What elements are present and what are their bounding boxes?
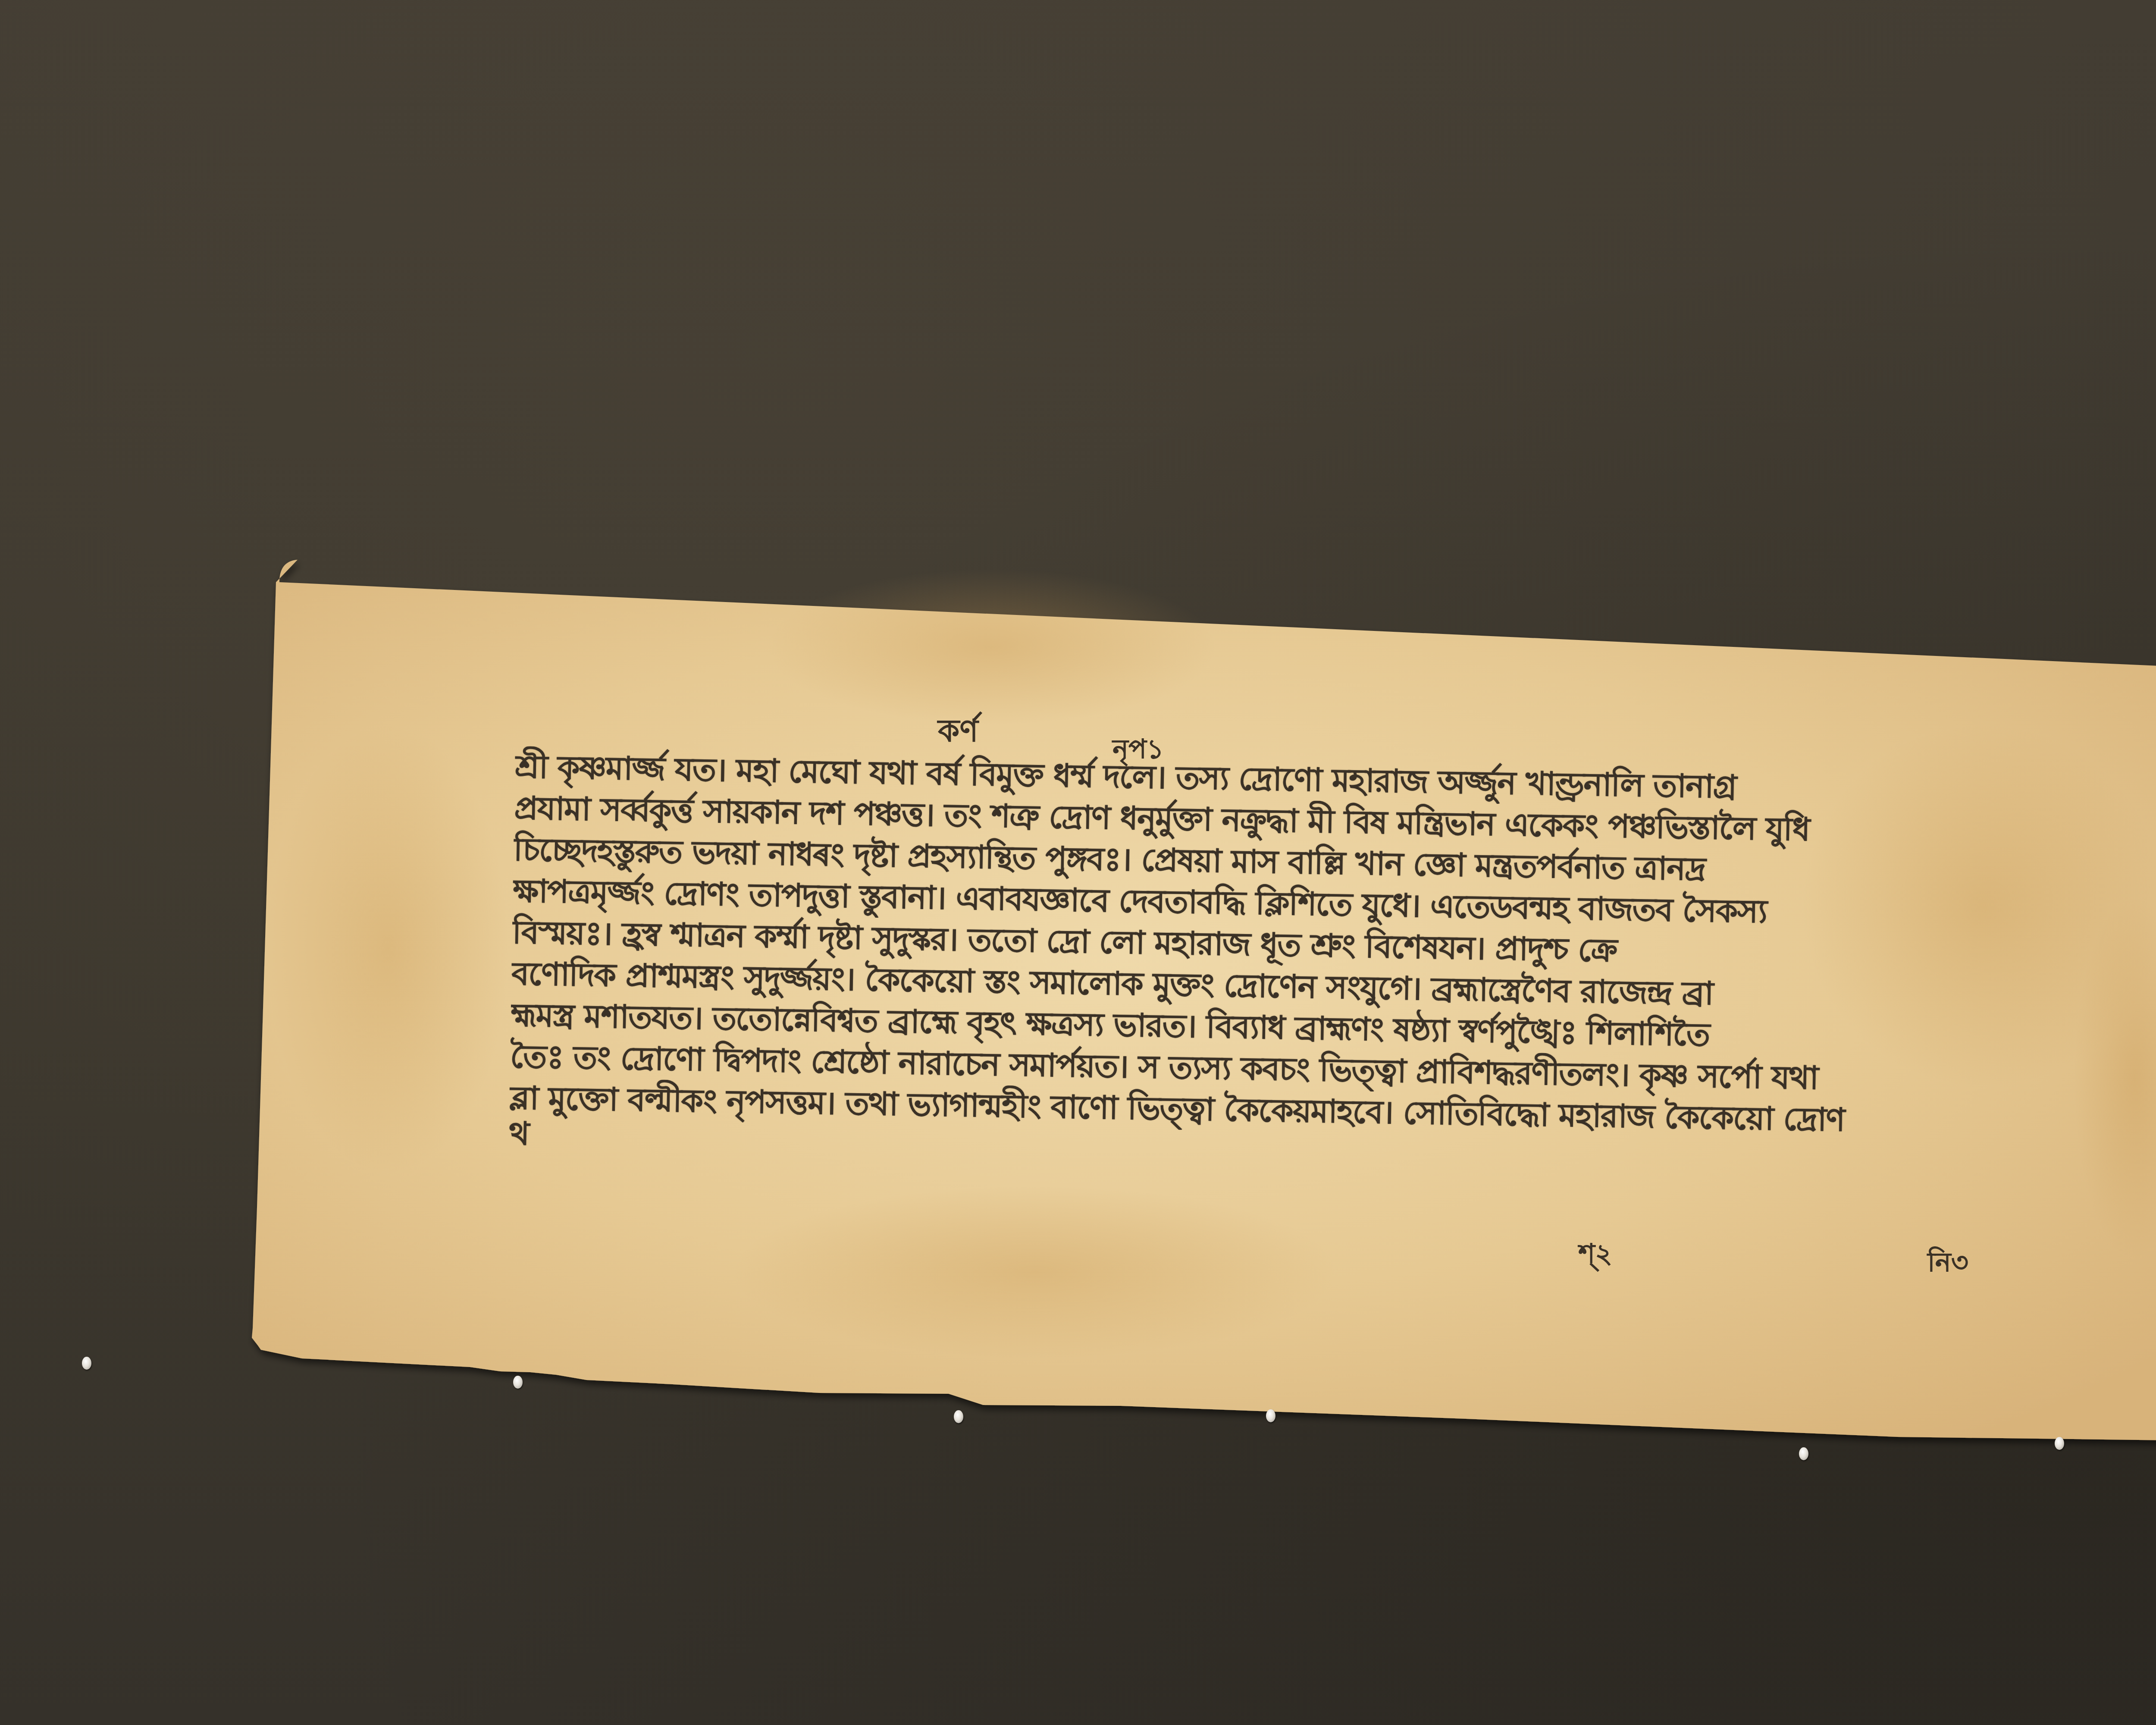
mounting-pin-icon [513, 1376, 523, 1389]
mounting-pin-icon [954, 1410, 963, 1423]
manuscript-folio: কর্ণ নৃপ১ শ্রী কৃষ্ণমাৰ্জ্জ যত। মহা মেঘো… [0, 0, 2156, 1725]
folio-mark-right: নি৩ [1927, 1242, 1968, 1286]
manuscript-text-block: শ্রী কৃষ্ণমাৰ্জ্জ যত। মহা মেঘো যথা বর্ষ … [509, 746, 1990, 1173]
mounting-pin-icon [82, 1357, 91, 1370]
mounting-pin-icon [2055, 1437, 2064, 1450]
heading-left: কর্ণ [938, 707, 978, 759]
mounting-pin-icon [1799, 1447, 1808, 1460]
mounting-pin-icon [1266, 1409, 1275, 1422]
folio-mark-center: শ্২ [1578, 1233, 1612, 1278]
photo-scene: কর্ণ নৃপ১ শ্রী কৃষ্ণমাৰ্জ্জ যত। মহা মেঘো… [0, 0, 2156, 1725]
